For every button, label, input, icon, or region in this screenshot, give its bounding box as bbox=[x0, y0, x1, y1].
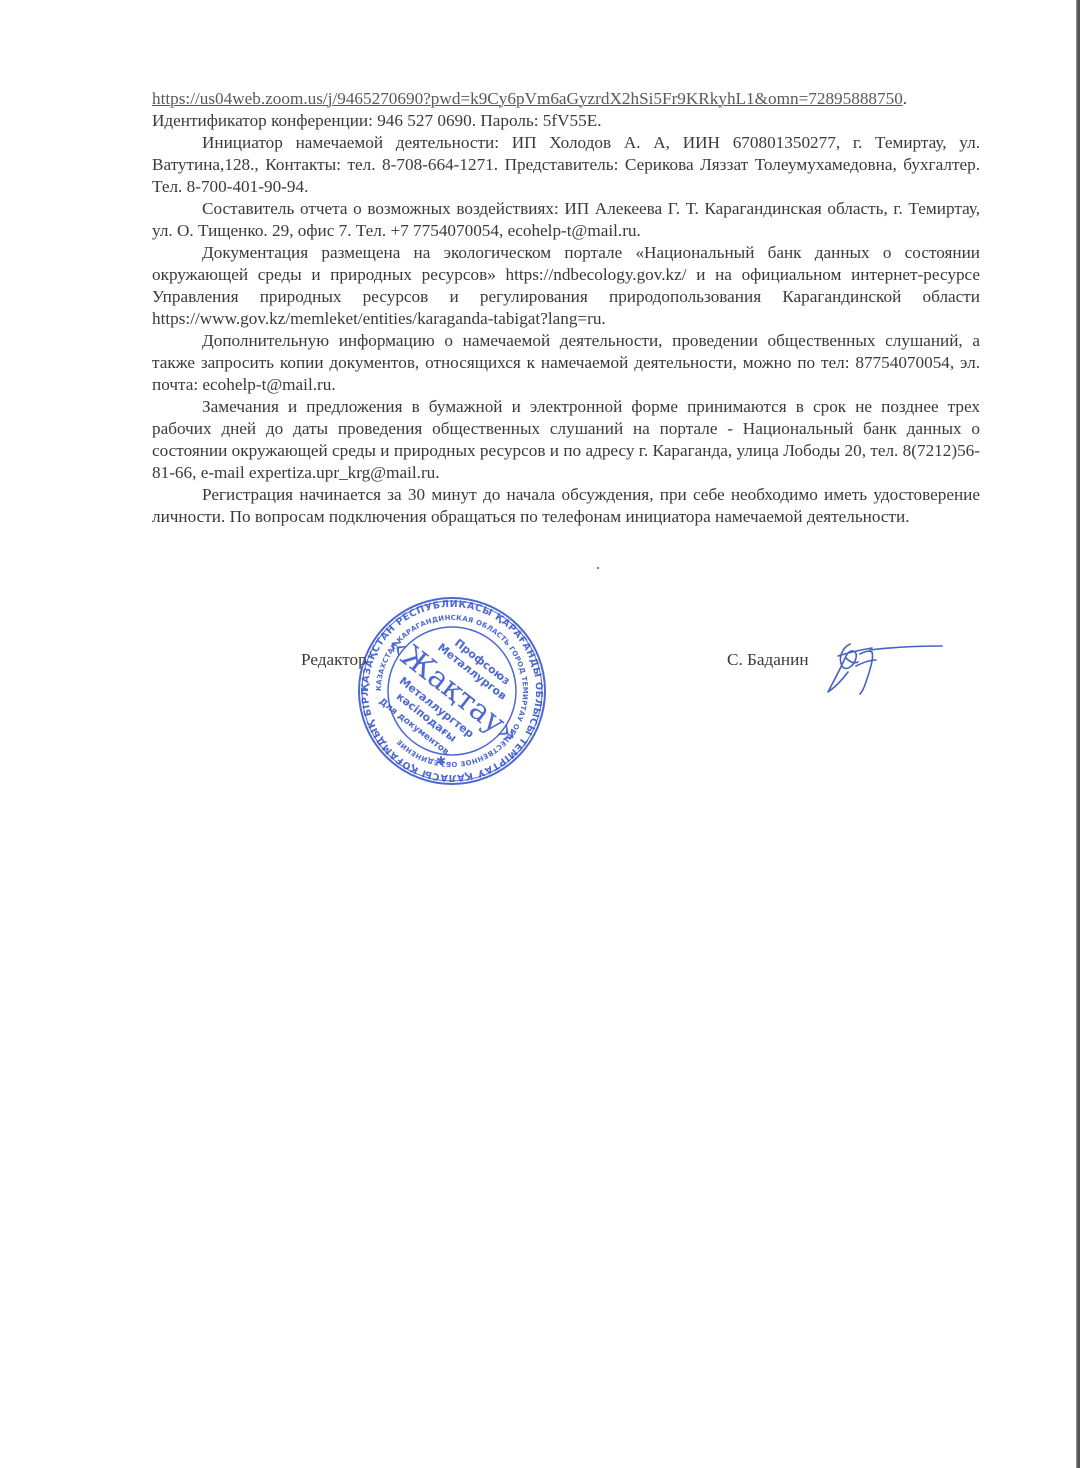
paragraph-additional-info: Дополнительную информацию о намечаемой д… bbox=[152, 330, 980, 396]
stamp-asterisk-icon: ✱ bbox=[436, 754, 446, 768]
zoom-link[interactable]: https://us04web.zoom.us/j/9465270690?pwd… bbox=[152, 89, 903, 108]
signatory-name: С. Баданин bbox=[727, 650, 809, 670]
paragraph-documentation: Документация размещена на экологическом … bbox=[152, 242, 980, 330]
paragraph-initiator: Инициатор намечаемой деятельности: ИП Хо… bbox=[152, 132, 980, 198]
document-body: https://us04web.zoom.us/j/9465270690?pwd… bbox=[152, 88, 980, 528]
paragraph-comments: Замечания и предложения в бумажной и эле… bbox=[152, 396, 980, 484]
organization-stamp: ҚАЗАҚСТАН РЕСПУБЛИКАСЫ ҚАРАҒАНДЫ ОБЛЫСЫ … bbox=[356, 595, 548, 787]
zoom-link-paragraph: https://us04web.zoom.us/j/9465270690?pwd… bbox=[152, 88, 980, 132]
paragraph-report-author: Составитель отчета о возможных воздейств… bbox=[152, 198, 980, 242]
scan-page-edge bbox=[1076, 0, 1080, 1468]
scan-speck bbox=[597, 567, 599, 569]
handwritten-signature bbox=[820, 636, 945, 698]
paragraph-registration: Регистрация начинается за 30 минут до на… bbox=[152, 484, 980, 528]
